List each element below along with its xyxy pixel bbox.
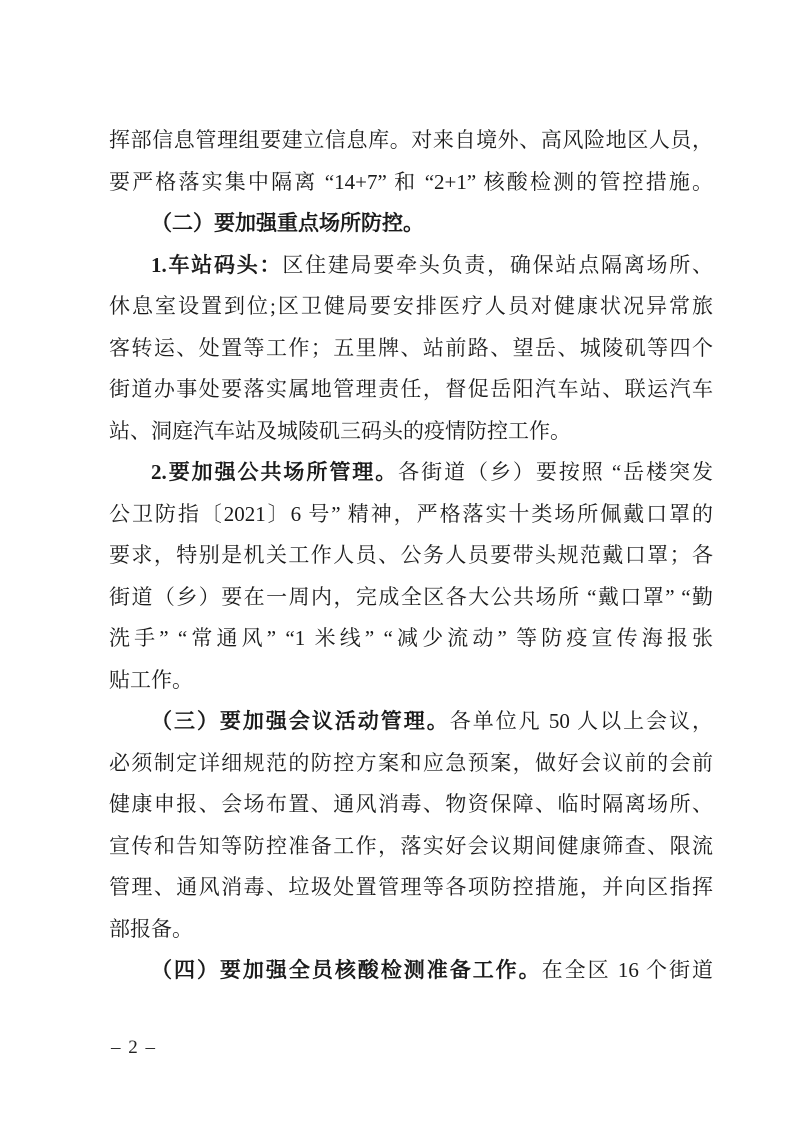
text-segment: 必须制定详细规范的防控方案和应急预案，做好会议前的会前 bbox=[109, 751, 713, 775]
text-segment: 站、洞庭汽车站及城陵矶三码头的疫情防控工作。 bbox=[109, 419, 571, 443]
text-segment: 公卫防指〔2021〕6 号” 精神，严格落实十类场所佩戴口罩的 bbox=[109, 502, 713, 526]
heading-segment: （二）要加强重点场所防控。 bbox=[151, 211, 424, 235]
heading-segment: （三）要加强会议活动管理。 bbox=[151, 709, 450, 733]
text-segment: 各单位凡 50 人以上会议， bbox=[450, 709, 713, 733]
text-segment: 客转运、处置等工作；五里牌、站前路、望岳、城陵矶等四个 bbox=[109, 336, 713, 360]
text-line: 管理、通风消毒、垃圾处置管理等各项防控措施，并向区指挥 bbox=[109, 867, 713, 909]
text-line: 贴工作。 bbox=[109, 660, 713, 702]
text-line: 必须制定详细规范的防控方案和应急预案，做好会议前的会前 bbox=[109, 743, 713, 785]
text-line: 宣传和告知等防控准备工作，落实好会议期间健康筛查、限流 bbox=[109, 826, 713, 868]
text-segment: 各街道（乡）要按照 “岳楼突发 bbox=[398, 460, 713, 484]
heading-segment: （四）要加强全员核酸检测准备工作。 bbox=[151, 958, 542, 982]
text-line: （二）要加强重点场所防控。 bbox=[109, 203, 713, 245]
text-line: 挥部信息管理组要建立信息库。对来自境外、高风险地区人员， bbox=[109, 120, 713, 162]
text-segment: 要求，特别是机关工作人员、公务人员要带头规范戴口罩；各 bbox=[109, 543, 713, 567]
text-segment: 区住建局要牵头负责，确保站点隔离场所、 bbox=[282, 253, 713, 277]
text-line: 休息室设置到位;区卫健局要安排医疗人员对健康状况异常旅 bbox=[109, 286, 713, 328]
text-segment: 贴工作。 bbox=[109, 668, 193, 692]
text-line: 站、洞庭汽车站及城陵矶三码头的疫情防控工作。 bbox=[109, 411, 713, 453]
text-line: 健康申报、会场布置、通风消毒、物资保障、临时隔离场所、 bbox=[109, 784, 713, 826]
text-segment: 街道（乡）要在一周内，完成全区各大公共场所 “戴口罩” “勤 bbox=[109, 585, 713, 609]
text-line: （三）要加强会议活动管理。各单位凡 50 人以上会议， bbox=[109, 701, 713, 743]
text-line: 洗手” “常通风” “1 米线” “减少流动” 等防疫宣传海报张 bbox=[109, 618, 713, 660]
text-segment: 在全区 16 个街道 bbox=[542, 958, 713, 982]
text-segment: 洗手” “常通风” “1 米线” “减少流动” 等防疫宣传海报张 bbox=[109, 626, 713, 650]
text-segment: 部报备。 bbox=[109, 917, 193, 941]
heading-segment: 2.要加强公共场所管理。 bbox=[151, 460, 398, 484]
text-line: 要严格落实集中隔离 “14+7” 和 “2+1” 核酸检测的管控措施。 bbox=[109, 162, 713, 204]
text-line: 要求，特别是机关工作人员、公务人员要带头规范戴口罩；各 bbox=[109, 535, 713, 577]
text-segment: 宣传和告知等防控准备工作，落实好会议期间健康筛查、限流 bbox=[109, 834, 713, 858]
text-line: （四）要加强全员核酸检测准备工作。在全区 16 个街道 bbox=[109, 950, 713, 992]
document-body: 挥部信息管理组要建立信息库。对来自境外、高风险地区人员，要严格落实集中隔离 “1… bbox=[109, 120, 713, 992]
document-page: 挥部信息管理组要建立信息库。对来自境外、高风险地区人员，要严格落实集中隔离 “1… bbox=[0, 0, 793, 1122]
text-line: 公卫防指〔2021〕6 号” 精神，严格落实十类场所佩戴口罩的 bbox=[109, 494, 713, 536]
text-segment: 挥部信息管理组要建立信息库。对来自境外、高风险地区人员， bbox=[109, 128, 713, 152]
text-line: 部报备。 bbox=[109, 909, 713, 951]
text-segment: 休息室设置到位;区卫健局要安排医疗人员对健康状况异常旅 bbox=[109, 294, 713, 318]
text-line: 街道（乡）要在一周内，完成全区各大公共场所 “戴口罩” “勤 bbox=[109, 577, 713, 619]
text-segment: 街道办事处要落实属地管理责任，督促岳阳汽车站、联运汽车 bbox=[109, 377, 713, 401]
heading-segment: 1.车站码头： bbox=[151, 253, 282, 277]
page-number: – 2 – bbox=[111, 1037, 157, 1059]
text-line: 街道办事处要落实属地管理责任，督促岳阳汽车站、联运汽车 bbox=[109, 369, 713, 411]
text-segment: 管理、通风消毒、垃圾处置管理等各项防控措施，并向区指挥 bbox=[109, 875, 713, 899]
text-line: 1.车站码头：区住建局要牵头负责，确保站点隔离场所、 bbox=[109, 245, 713, 287]
text-segment: 要严格落实集中隔离 “14+7” 和 “2+1” 核酸检测的管控措施。 bbox=[109, 170, 713, 194]
text-line: 客转运、处置等工作；五里牌、站前路、望岳、城陵矶等四个 bbox=[109, 328, 713, 370]
text-line: 2.要加强公共场所管理。各街道（乡）要按照 “岳楼突发 bbox=[109, 452, 713, 494]
text-segment: 健康申报、会场布置、通风消毒、物资保障、临时隔离场所、 bbox=[109, 792, 713, 816]
